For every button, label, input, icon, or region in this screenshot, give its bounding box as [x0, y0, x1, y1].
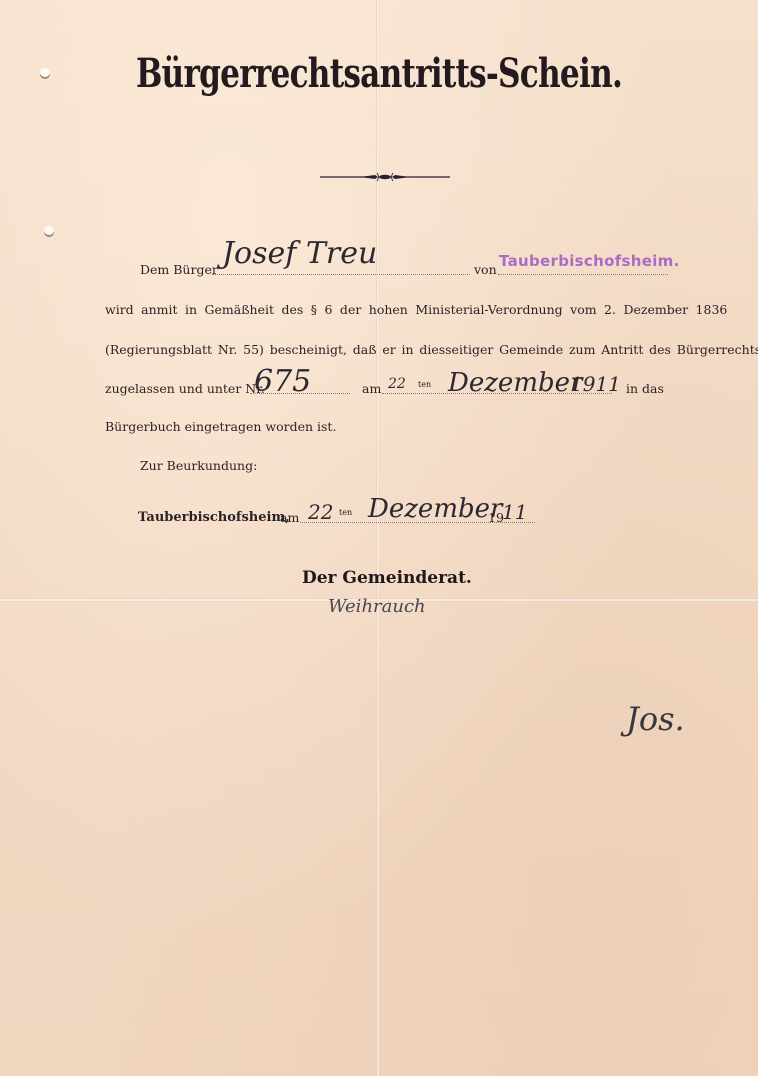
place-stamp: Tauberbischofsheim. [499, 252, 680, 270]
day-suffix: ten [418, 380, 431, 389]
document-title: Bürgerrechtsantritts-Schein. [83, 50, 674, 97]
in-das-label: in das [626, 381, 664, 396]
recipient-name-handwritten: Josef Treu [222, 236, 377, 271]
registration-number-handwritten: 675 [254, 364, 311, 399]
name-field-line [212, 274, 470, 275]
certification-label: Zur Beurkundung: [140, 458, 257, 473]
issue-year-handwritten: 11 [502, 500, 527, 524]
issue-am-label: am [280, 510, 299, 525]
council-label: Der Gemeinderat. [302, 568, 472, 588]
issue-place: Tauberbischofsheim, [138, 510, 290, 525]
place-field-line [498, 274, 668, 275]
punch-hole-bottom [44, 226, 54, 235]
registration-label: zugelassen und unter Nr. [105, 381, 265, 396]
body-line-3: (Regierungsblatt Nr. 55) bescheinigt, da… [105, 342, 758, 357]
recipient-label: Dem Bürger [140, 262, 218, 277]
body-line-5: Bürgerbuch eingetragen worden ist. [105, 419, 336, 434]
issue-day-handwritten: 22 [308, 500, 333, 524]
punch-hole-top [40, 68, 50, 77]
issue-day-suffix: ten [339, 508, 352, 517]
day-handwritten: 22 [388, 376, 406, 392]
council-signature: Weihrauch [328, 596, 426, 617]
body-line-2: wird anmit in Gemäßheit des § 6 der hohe… [105, 302, 727, 317]
ornament-divider-icon [320, 172, 450, 182]
am-label: am [362, 381, 381, 396]
von-label: von [474, 262, 497, 277]
vertical-fold-line [376, 0, 380, 1076]
certificate-page: Bürgerrechtsantritts-Schein. Dem Bürger … [0, 0, 758, 1076]
year-handwritten: 1911 [570, 372, 621, 396]
issue-month-handwritten: Dezember [368, 494, 502, 524]
month-handwritten: Dezember [448, 368, 582, 398]
recipient-signature: Jos. [626, 700, 685, 738]
